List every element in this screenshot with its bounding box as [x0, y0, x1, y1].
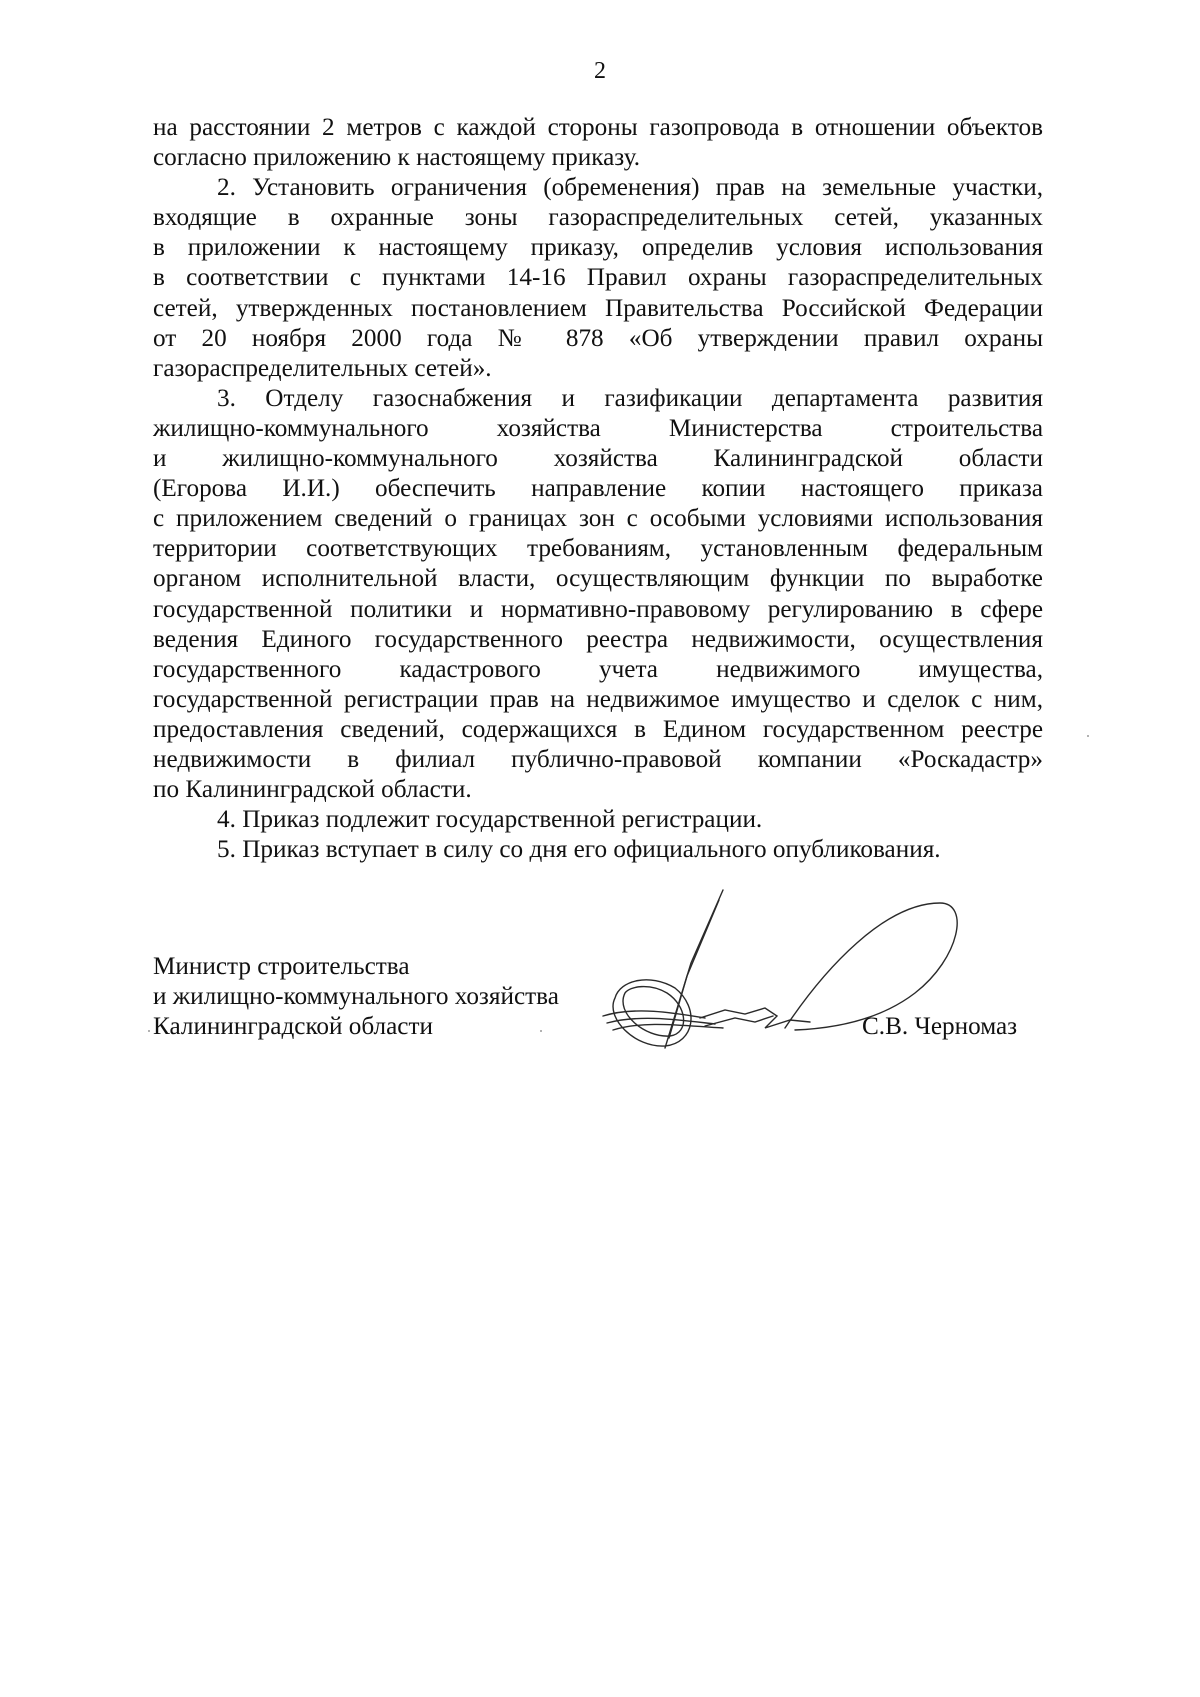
position-line: Калининградской области [153, 1012, 559, 1042]
body-line: в приложении к настоящему приказу, опред… [153, 233, 1043, 263]
body-line: жилищно-коммунального хозяйства Министер… [153, 414, 1043, 444]
body-line-item-4: 4. Приказ подлежит государственной регис… [153, 805, 1043, 835]
body-line: предоставления сведений, содержащихся в … [153, 715, 1043, 745]
body-line: (Егорова И.И.) обеспечить направление ко… [153, 474, 1043, 504]
body-line: недвижимости в филиал публично-правовой … [153, 745, 1043, 775]
scan-artifact [148, 1030, 150, 1032]
body-line-item-5: 5. Приказ вступает в силу со дня его офи… [153, 835, 1043, 865]
body-line: на расстоянии 2 метров с каждой стороны … [153, 113, 1043, 143]
body-line-item-3: 3. Отделу газоснабжения и газификации де… [153, 384, 1043, 414]
body-line: в соответствии с пунктами 14-16 Правил о… [153, 263, 1043, 293]
scan-artifact [540, 1030, 542, 1032]
body-line: государственной регистрации прав на недв… [153, 685, 1043, 715]
page-number: 2 [0, 58, 1200, 85]
body-line: государственного кадастрового учета недв… [153, 655, 1043, 685]
signatory-name: С.В. Черномаз [862, 1012, 1017, 1042]
position-line: и жилищно-коммунального хозяйства [153, 982, 559, 1012]
body-line: по Калининградской области. [153, 775, 1043, 805]
body-line: газораспределительных сетей». [153, 354, 1043, 384]
scan-artifact [1087, 735, 1089, 737]
body-line: органом исполнительной власти, осуществл… [153, 564, 1043, 594]
body-line: от 20 ноября 2000 года № 878 «Об утвержд… [153, 324, 1043, 354]
body-line: с приложением сведений о границах зон с … [153, 504, 1043, 534]
body-line: государственной политики и нормативно-пр… [153, 595, 1043, 625]
position-line: Министр строительства [153, 952, 559, 982]
body-line: входящие в охранные зоны газораспределит… [153, 203, 1043, 233]
body-line: ведения Единого государственного реестра… [153, 625, 1043, 655]
body-line: сетей, утвержденных постановлением Прави… [153, 294, 1043, 324]
body-line: согласно приложению к настоящему приказу… [153, 143, 1043, 173]
document-body: на расстоянии 2 метров с каждой стороны … [153, 113, 1043, 865]
body-line: территории соответствующих требованиям, … [153, 534, 1043, 564]
signatory-position: Министр строительства и жилищно-коммунал… [153, 952, 559, 1042]
body-line: и жилищно-коммунального хозяйства Калини… [153, 444, 1043, 474]
body-line-item-2: 2. Установить ограничения (обременения) … [153, 173, 1043, 203]
